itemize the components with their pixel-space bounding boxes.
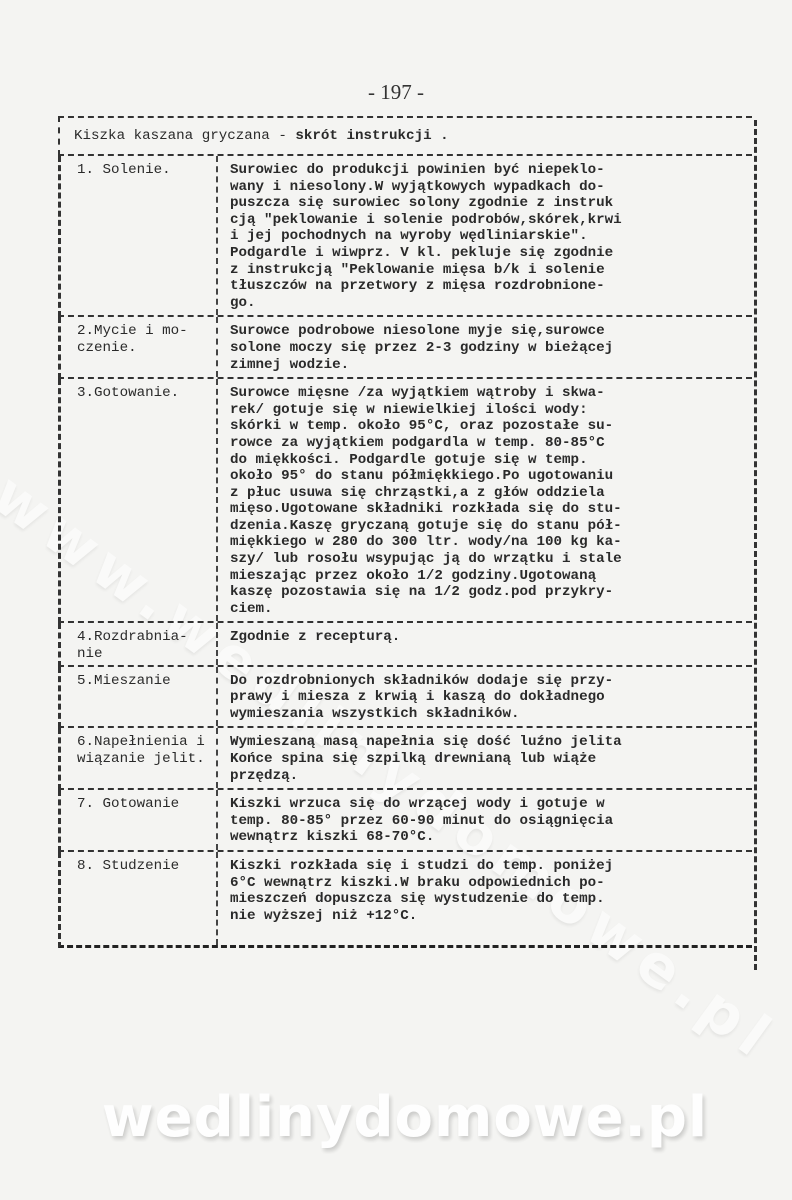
table-row: 3.Gotowanie.Surowce mięsne /za wyjątkiem…: [58, 379, 752, 623]
step-name: 3.Gotowanie.: [61, 379, 218, 621]
table-title-bold: skrót instrukcji .: [295, 128, 448, 144]
step-name: 5.Mieszanie: [61, 667, 218, 727]
table-row: 5.MieszanieDo rozdrobnionych składników …: [58, 667, 752, 729]
table-right-border: [754, 120, 757, 970]
table-row: 7. GotowanieKiszki wrzuca się do wrzącej…: [58, 790, 752, 852]
step-name: 7. Gotowanie: [61, 790, 218, 850]
instruction-table: Kiszka kaszana gryczana - skrót instrukc…: [58, 116, 752, 948]
step-name: 8. Studzenie: [61, 852, 218, 945]
table-row: 2.Mycie i mo- czenie.Surowce podrobowe n…: [58, 317, 752, 379]
step-name: 6.Napełnienia i wiązanie jelit.: [61, 728, 218, 788]
step-description: Kiszki wrzuca się do wrzącej wody i gotu…: [218, 790, 752, 850]
table-row: 8. StudzenieKiszki rozkłada się i studzi…: [58, 852, 752, 948]
step-description: Do rozdrobnionych składników dodaje się …: [218, 667, 752, 727]
step-description: Zgodnie z recepturą.: [218, 623, 752, 664]
step-description: Kiszki rozkłada się i studzi do temp. po…: [218, 852, 752, 945]
table-title-plain: Kiszka kaszana gryczana -: [74, 128, 295, 144]
step-name: 2.Mycie i mo- czenie.: [61, 317, 218, 377]
step-description: Surowce podrobowe niesolone myje się,sur…: [218, 317, 752, 377]
table-row: 4.Rozdrabnia- nieZgodnie z recepturą.: [58, 623, 752, 666]
step-description: Surowce mięsne /za wyjątkiem wątroby i s…: [218, 379, 752, 621]
step-name: 4.Rozdrabnia- nie: [61, 623, 218, 664]
bottom-watermark: wedlinydomowe.pl: [80, 1085, 730, 1150]
step-name: 1. Solenie.: [61, 156, 218, 315]
table-row: 1. Solenie.Surowiec do produkcji powinie…: [58, 156, 752, 317]
step-description: Wymieszaną masą napełnia się dość luźno …: [218, 728, 752, 788]
table-row: 6.Napełnienia i wiązanie jelit.Wymieszan…: [58, 728, 752, 790]
table-body: 1. Solenie.Surowiec do produkcji powinie…: [58, 156, 752, 948]
page-number: - 197 -: [0, 80, 792, 105]
step-description: Surowiec do produkcji powinien być niepe…: [218, 156, 752, 315]
table-title: Kiszka kaszana gryczana - skrót instrukc…: [58, 116, 752, 156]
